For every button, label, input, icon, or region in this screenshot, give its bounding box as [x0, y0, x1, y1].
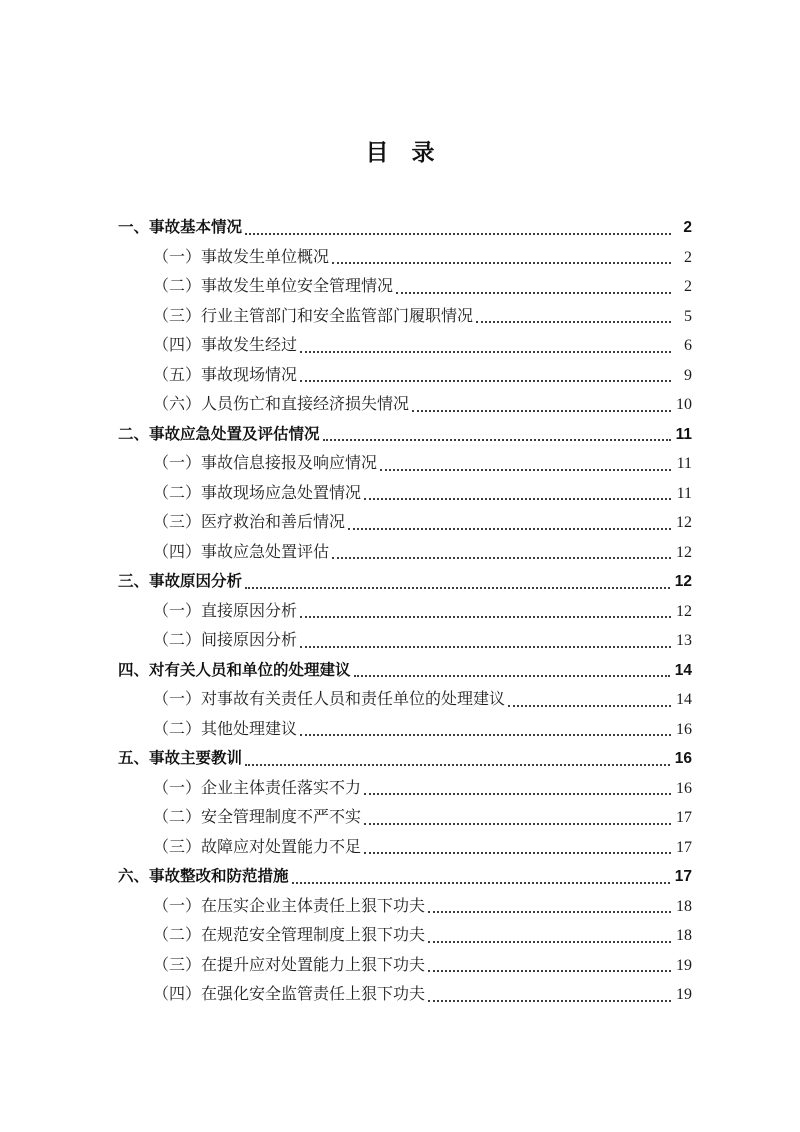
toc-page-number: 16 [676, 774, 692, 804]
dot-leader [364, 852, 671, 854]
dot-leader [412, 410, 671, 412]
dot-leader [245, 587, 670, 589]
dot-leader [428, 911, 671, 913]
toc-entry[interactable]: （四）事故发生经过6 [118, 331, 692, 361]
dot-leader [348, 528, 671, 530]
toc-entry-label: （三）在提升应对处置能力上狠下功夫 [153, 951, 425, 981]
dot-leader [428, 941, 671, 943]
toc-page-number: 18 [676, 892, 692, 922]
dot-leader [396, 292, 671, 294]
toc-entry-label: （一）在压实企业主体责任上狠下功夫 [153, 892, 425, 922]
toc-entry[interactable]: （二）间接原因分析13 [118, 626, 692, 656]
dot-leader [245, 764, 670, 766]
toc-entry[interactable]: （六）人员伤亡和直接经济损失情况10 [118, 390, 692, 420]
toc-page-number: 9 [676, 361, 692, 391]
toc-page-number: 12 [675, 567, 692, 597]
toc-page-number: 12 [676, 508, 692, 538]
toc-entry[interactable]: （三）行业主管部门和安全监管部门履职情况5 [118, 302, 692, 332]
toc-page-number: 2 [676, 213, 692, 243]
dot-leader [476, 321, 671, 323]
toc-entry-label: 一、事故基本情况 [118, 213, 242, 243]
toc-page-number: 19 [676, 951, 692, 981]
toc-page-number: 19 [676, 980, 692, 1010]
table-of-contents: 一、事故基本情况2（一）事故发生单位概况2（二）事故发生单位安全管理情况2（三）… [118, 213, 692, 1010]
toc-entry-label: （一）直接原因分析 [153, 597, 297, 627]
toc-page-number: 16 [675, 744, 692, 774]
toc-page-number: 11 [676, 479, 692, 509]
toc-entry[interactable]: （一）事故发生单位概况2 [118, 243, 692, 273]
dot-leader [508, 705, 671, 707]
toc-entry-label: （四）在强化安全监管责任上狠下功夫 [153, 980, 425, 1010]
toc-page-number: 17 [675, 862, 692, 892]
toc-entry-label: （一）企业主体责任落实不力 [153, 774, 361, 804]
dot-leader [428, 970, 671, 972]
toc-entry-label: 六、事故整改和防范措施 [118, 862, 289, 892]
toc-entry[interactable]: （三）医疗救治和善后情况12 [118, 508, 692, 538]
toc-entry-label: 四、对有关人员和单位的处理建议 [118, 656, 351, 686]
dot-leader [332, 262, 671, 264]
toc-entry[interactable]: 六、事故整改和防范措施17 [118, 862, 692, 892]
toc-entry[interactable]: （四）在强化安全监管责任上狠下功夫19 [118, 980, 692, 1010]
toc-entry-label: （一）事故信息接报及响应情况 [153, 449, 377, 479]
page-title: 目 录 [0, 134, 800, 167]
toc-entry[interactable]: （二）事故现场应急处置情况11 [118, 479, 692, 509]
dot-leader [354, 675, 670, 677]
toc-entry-label: （五）事故现场情况 [153, 361, 297, 391]
toc-entry-label: 五、事故主要教训 [118, 744, 242, 774]
toc-entry-label: （二）事故发生单位安全管理情况 [153, 272, 393, 302]
toc-entry[interactable]: 一、事故基本情况2 [118, 213, 692, 243]
toc-entry[interactable]: （二）事故发生单位安全管理情况2 [118, 272, 692, 302]
toc-page-number: 10 [676, 390, 692, 420]
toc-entry[interactable]: （三）在提升应对处置能力上狠下功夫19 [118, 951, 692, 981]
toc-entry[interactable]: 二、事故应急处置及评估情况11 [118, 420, 692, 450]
toc-page-number: 18 [676, 921, 692, 951]
dot-leader [292, 882, 670, 884]
toc-page-number: 16 [676, 715, 692, 745]
dot-leader [428, 1000, 671, 1002]
toc-entry-label: （四）事故应急处置评估 [153, 538, 329, 568]
toc-entry[interactable]: （一）企业主体责任落实不力16 [118, 774, 692, 804]
toc-page-number: 11 [676, 420, 692, 450]
toc-entry[interactable]: （一）直接原因分析12 [118, 597, 692, 627]
toc-entry[interactable]: 五、事故主要教训16 [118, 744, 692, 774]
dot-leader [300, 351, 671, 353]
toc-entry-label: （二）事故现场应急处置情况 [153, 479, 361, 509]
toc-entry-label: （二）间接原因分析 [153, 626, 297, 656]
toc-entry[interactable]: （二）安全管理制度不严不实17 [118, 803, 692, 833]
toc-entry[interactable]: （二）在规范安全管理制度上狠下功夫18 [118, 921, 692, 951]
dot-leader [332, 557, 671, 559]
toc-entry[interactable]: 四、对有关人员和单位的处理建议14 [118, 656, 692, 686]
toc-entry-label: （二）其他处理建议 [153, 715, 297, 745]
toc-entry-label: （一）事故发生单位概况 [153, 243, 329, 273]
toc-entry-label: （一）对事故有关责任人员和责任单位的处理建议 [153, 685, 505, 715]
toc-entry[interactable]: （三）故障应对处置能力不足17 [118, 833, 692, 863]
toc-entry[interactable]: （一）事故信息接报及响应情况11 [118, 449, 692, 479]
toc-entry[interactable]: 三、事故原因分析12 [118, 567, 692, 597]
toc-entry-label: 二、事故应急处置及评估情况 [118, 420, 320, 450]
dot-leader [364, 823, 671, 825]
toc-page-number: 17 [676, 833, 692, 863]
toc-entry[interactable]: （五）事故现场情况9 [118, 361, 692, 391]
toc-page-number: 13 [676, 626, 692, 656]
dot-leader [300, 616, 671, 618]
toc-entry-label: （三）行业主管部门和安全监管部门履职情况 [153, 302, 473, 332]
toc-page-number: 17 [676, 803, 692, 833]
toc-entry-label: （三）故障应对处置能力不足 [153, 833, 361, 863]
toc-entry-label: （四）事故发生经过 [153, 331, 297, 361]
toc-entry-label: （二）安全管理制度不严不实 [153, 803, 361, 833]
toc-entry-label: （二）在规范安全管理制度上狠下功夫 [153, 921, 425, 951]
toc-entry-label: 三、事故原因分析 [118, 567, 242, 597]
dot-leader [300, 380, 671, 382]
toc-page-number: 6 [676, 331, 692, 361]
toc-page-number: 14 [675, 656, 692, 686]
toc-entry[interactable]: （四）事故应急处置评估12 [118, 538, 692, 568]
dot-leader [364, 498, 671, 500]
toc-entry[interactable]: （一）在压实企业主体责任上狠下功夫18 [118, 892, 692, 922]
toc-page-number: 14 [676, 685, 692, 715]
dot-leader [245, 233, 671, 235]
toc-page-number: 2 [676, 243, 692, 273]
dot-leader [364, 793, 671, 795]
toc-page-number: 12 [676, 597, 692, 627]
toc-page-number: 12 [676, 538, 692, 568]
toc-entry-label: （三）医疗救治和善后情况 [153, 508, 345, 538]
toc-entry[interactable]: （一）对事故有关责任人员和责任单位的处理建议14 [118, 685, 692, 715]
toc-entry[interactable]: （二）其他处理建议16 [118, 715, 692, 745]
dot-leader [300, 734, 671, 736]
dot-leader [380, 469, 671, 471]
toc-page-number: 2 [676, 272, 692, 302]
dot-leader [323, 439, 671, 441]
dot-leader [300, 646, 671, 648]
toc-page-number: 11 [676, 449, 692, 479]
toc-entry-label: （六）人员伤亡和直接经济损失情况 [153, 390, 409, 420]
document-page: 目 录 一、事故基本情况2（一）事故发生单位概况2（二）事故发生单位安全管理情况… [0, 0, 800, 1132]
toc-page-number: 5 [676, 302, 692, 332]
